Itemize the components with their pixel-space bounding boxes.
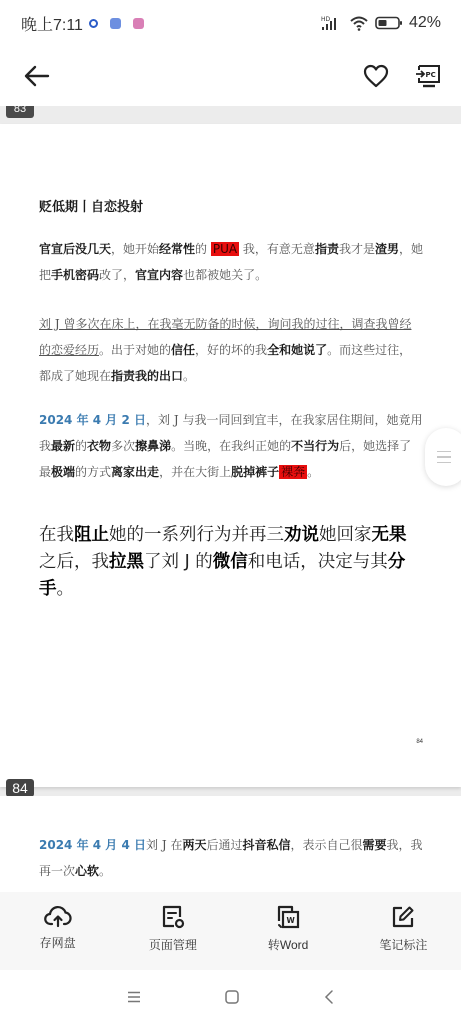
bold-text: 官宣内容 [135, 268, 183, 282]
bold-text: 擦鼻涕 [135, 439, 171, 453]
convert-word-icon: W [275, 904, 301, 930]
menu-icon[interactable] [126, 990, 142, 1004]
text: 之后，我 [39, 552, 109, 572]
document-page-84: 贬低期丨自恋投射 官宣后没几天，她开始经常性的 PUA 我，有意无意指责我才是渣… [0, 124, 461, 787]
date-text: 2024 年 4 月 4 日 [39, 838, 146, 852]
tool-label: 页面管理 [149, 936, 197, 953]
bold-text: 信任 [171, 343, 195, 357]
paragraph-1: 官宣后没几天，她开始经常性的 PUA 我，有意无意指责我才是渣男，她把手机密码改… [39, 236, 423, 288]
blue-app-icon [110, 18, 121, 29]
bold-text: 心软 [75, 864, 99, 878]
handle-line [437, 462, 451, 464]
bold-text: 抖音私信 [242, 838, 290, 852]
wifi-icon [349, 15, 369, 31]
paragraph-3: 2024 年 4 月 2 日，刘 J 与我一同回到宜丰，在我家居住期间，她竟用我… [39, 407, 423, 485]
save-to-cloud-button[interactable]: 存网盘 [0, 892, 115, 970]
text: 。 [99, 864, 111, 878]
bold-text: 脱掉裤子 [231, 465, 279, 479]
text: 我，有意无意 [239, 242, 315, 256]
bold-text: 手机密码 [51, 268, 99, 282]
bold-text: 经常性 [159, 242, 195, 256]
bold-text: 微信 [213, 552, 248, 572]
text: 她回家 [319, 525, 372, 545]
back-chevron-icon[interactable] [322, 989, 336, 1005]
current-page-number-badge: 84 [6, 779, 34, 797]
bold-text: 官宣后没几天 [39, 242, 111, 256]
status-bar: 晚上7:11 HD 42% [0, 0, 461, 46]
svg-text:PC: PC [426, 71, 436, 79]
text: 。 [57, 579, 75, 599]
text: 了刘 J 的 [144, 552, 213, 572]
heart-icon[interactable] [363, 64, 389, 88]
text: 的 [75, 439, 87, 453]
page-footer-number: 84 [416, 739, 423, 745]
arrow-left-icon[interactable] [24, 65, 50, 87]
bold-text: 渣男 [375, 242, 399, 256]
document-page-85: 2024 年 4 月 4 日刘 J 在两天后通过抖音私信，表示自己很需要我，我再… [0, 796, 461, 892]
text: 和电话，决定与其 [248, 552, 388, 572]
prev-page-number-badge: 83 [6, 106, 34, 118]
svg-text:W: W [287, 916, 296, 925]
text: 的 [195, 242, 211, 256]
scroll-handle[interactable] [425, 428, 461, 486]
paragraph-4: 2024 年 4 月 4 日刘 J 在两天后通过抖音私信，表示自己很需要我，我再… [39, 832, 423, 884]
section-heading: 贬低期丨自恋投射 [39, 196, 423, 215]
bold-text: 最新 [51, 439, 75, 453]
bold-text: 指责 [315, 242, 339, 256]
battery-percent: 42% [409, 14, 441, 32]
bold-text: 离家出走 [111, 465, 159, 479]
convert-to-word-button[interactable]: W 转Word [231, 892, 346, 970]
text: 她的一系列行为并再三 [109, 525, 284, 545]
top-bar-actions: PC [363, 63, 441, 89]
svg-text:HD: HD [321, 16, 331, 23]
bold-text: 无果 [372, 525, 407, 545]
text: ，并在大街上 [159, 465, 231, 479]
page-settings-icon [160, 904, 186, 930]
page-management-button[interactable]: 页面管理 [115, 892, 230, 970]
bold-text: 阻止 [74, 525, 109, 545]
large-paragraph: 在我阻止她的一系列行为并再三劝说她回家无果之后，我拉黑了刘 J 的微信和电话，决… [39, 522, 423, 603]
battery-icon [375, 16, 403, 30]
pink-app-icon [133, 18, 144, 29]
cloud-upload-icon [44, 904, 72, 928]
bold-text: 全和她说了 [267, 343, 327, 357]
red-highlight: 裸奔 [279, 465, 307, 479]
circle-notification-icon [89, 19, 98, 28]
bold-text: 极端 [51, 465, 75, 479]
text: 我才是 [339, 242, 375, 256]
document-viewer[interactable]: 83 贬低期丨自恋投射 官宣后没几天，她开始经常性的 PUA 我，有意无意指责我… [0, 106, 461, 892]
text: 多次 [111, 439, 135, 453]
send-to-pc-icon[interactable]: PC [415, 63, 441, 89]
tool-label: 存网盘 [40, 934, 76, 951]
bold-text: 劝说 [284, 525, 319, 545]
handle-line [437, 456, 451, 458]
text: ，好的坏的我 [195, 343, 267, 357]
tool-label: 转Word [268, 936, 308, 953]
red-highlight: PUA [211, 242, 239, 256]
text: 刘 J 在 [146, 838, 182, 852]
annotate-notes-button[interactable]: 笔记标注 [346, 892, 461, 970]
text: 。当晚，在我纠正她的 [171, 439, 291, 453]
text: ，她开始 [111, 242, 159, 256]
handle-line [437, 451, 451, 453]
bold-text: 拉黑 [109, 552, 144, 572]
paragraph-2: 刘 J 曾多次在床上，在我毫无防备的时候，询问我的过往，调查我曾经的恋爱经历。出… [39, 311, 423, 389]
date-text: 2024 年 4 月 2 日 [39, 413, 146, 427]
status-left: 晚上7:11 [21, 12, 144, 35]
text: 。 [183, 369, 195, 383]
system-nav-bar [0, 970, 461, 1024]
bold-text: 衣物 [87, 439, 111, 453]
bottom-toolbar: 存网盘 页面管理 W 转Word 笔记标注 [0, 892, 461, 970]
bold-text: 指责我的出口 [111, 369, 183, 383]
status-time: 晚上7:11 [21, 12, 83, 35]
text: 也都被她关了。 [183, 268, 267, 282]
status-right: HD 42% [321, 14, 441, 32]
text: 的方式 [75, 465, 111, 479]
bold-text: 两天 [182, 838, 206, 852]
edit-note-icon [390, 904, 416, 930]
top-bar: PC [0, 46, 461, 106]
text: 。 [307, 465, 319, 479]
text: ，表示自己很 [291, 838, 363, 852]
home-icon[interactable] [224, 989, 240, 1005]
text: 后通过 [206, 838, 242, 852]
bold-text: 不当行为 [291, 439, 339, 453]
text: 。出于对她的 [99, 343, 171, 357]
bold-text: 需要 [363, 838, 387, 852]
text: 改了， [99, 268, 135, 282]
tool-label: 笔记标注 [379, 936, 427, 953]
signal-icon: HD [321, 15, 343, 31]
text: 在我 [39, 525, 74, 545]
